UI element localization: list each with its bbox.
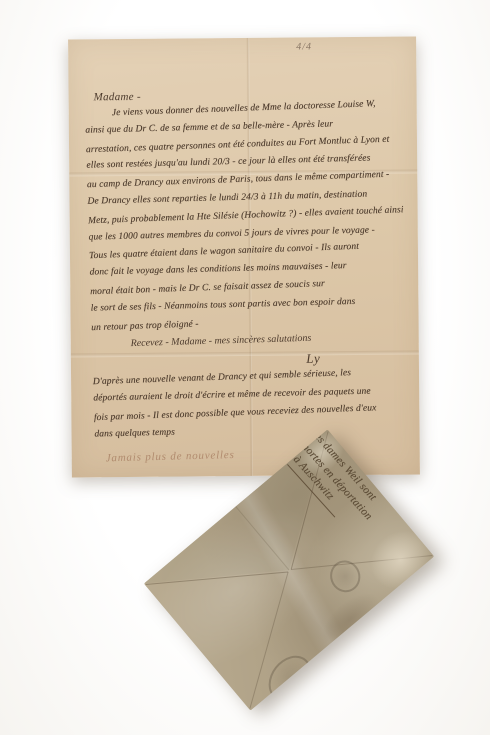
pencil-annotation: Jamais plus de nouvelles (106, 449, 235, 464)
letter-body: Je viens vous donner des nouvelles de Mm… (85, 99, 425, 448)
photo-stage: 4/4 Madame - Je viens vous donner des no… (0, 0, 490, 735)
page-number: 4/4 (296, 41, 312, 52)
signature: Ly (306, 348, 422, 367)
salutation: Madame - (94, 91, 141, 103)
postscript: D'après une nouvelle venant de Drancy et… (93, 367, 425, 448)
letter-page: 4/4 Madame - Je viens vous donner des no… (68, 36, 420, 477)
